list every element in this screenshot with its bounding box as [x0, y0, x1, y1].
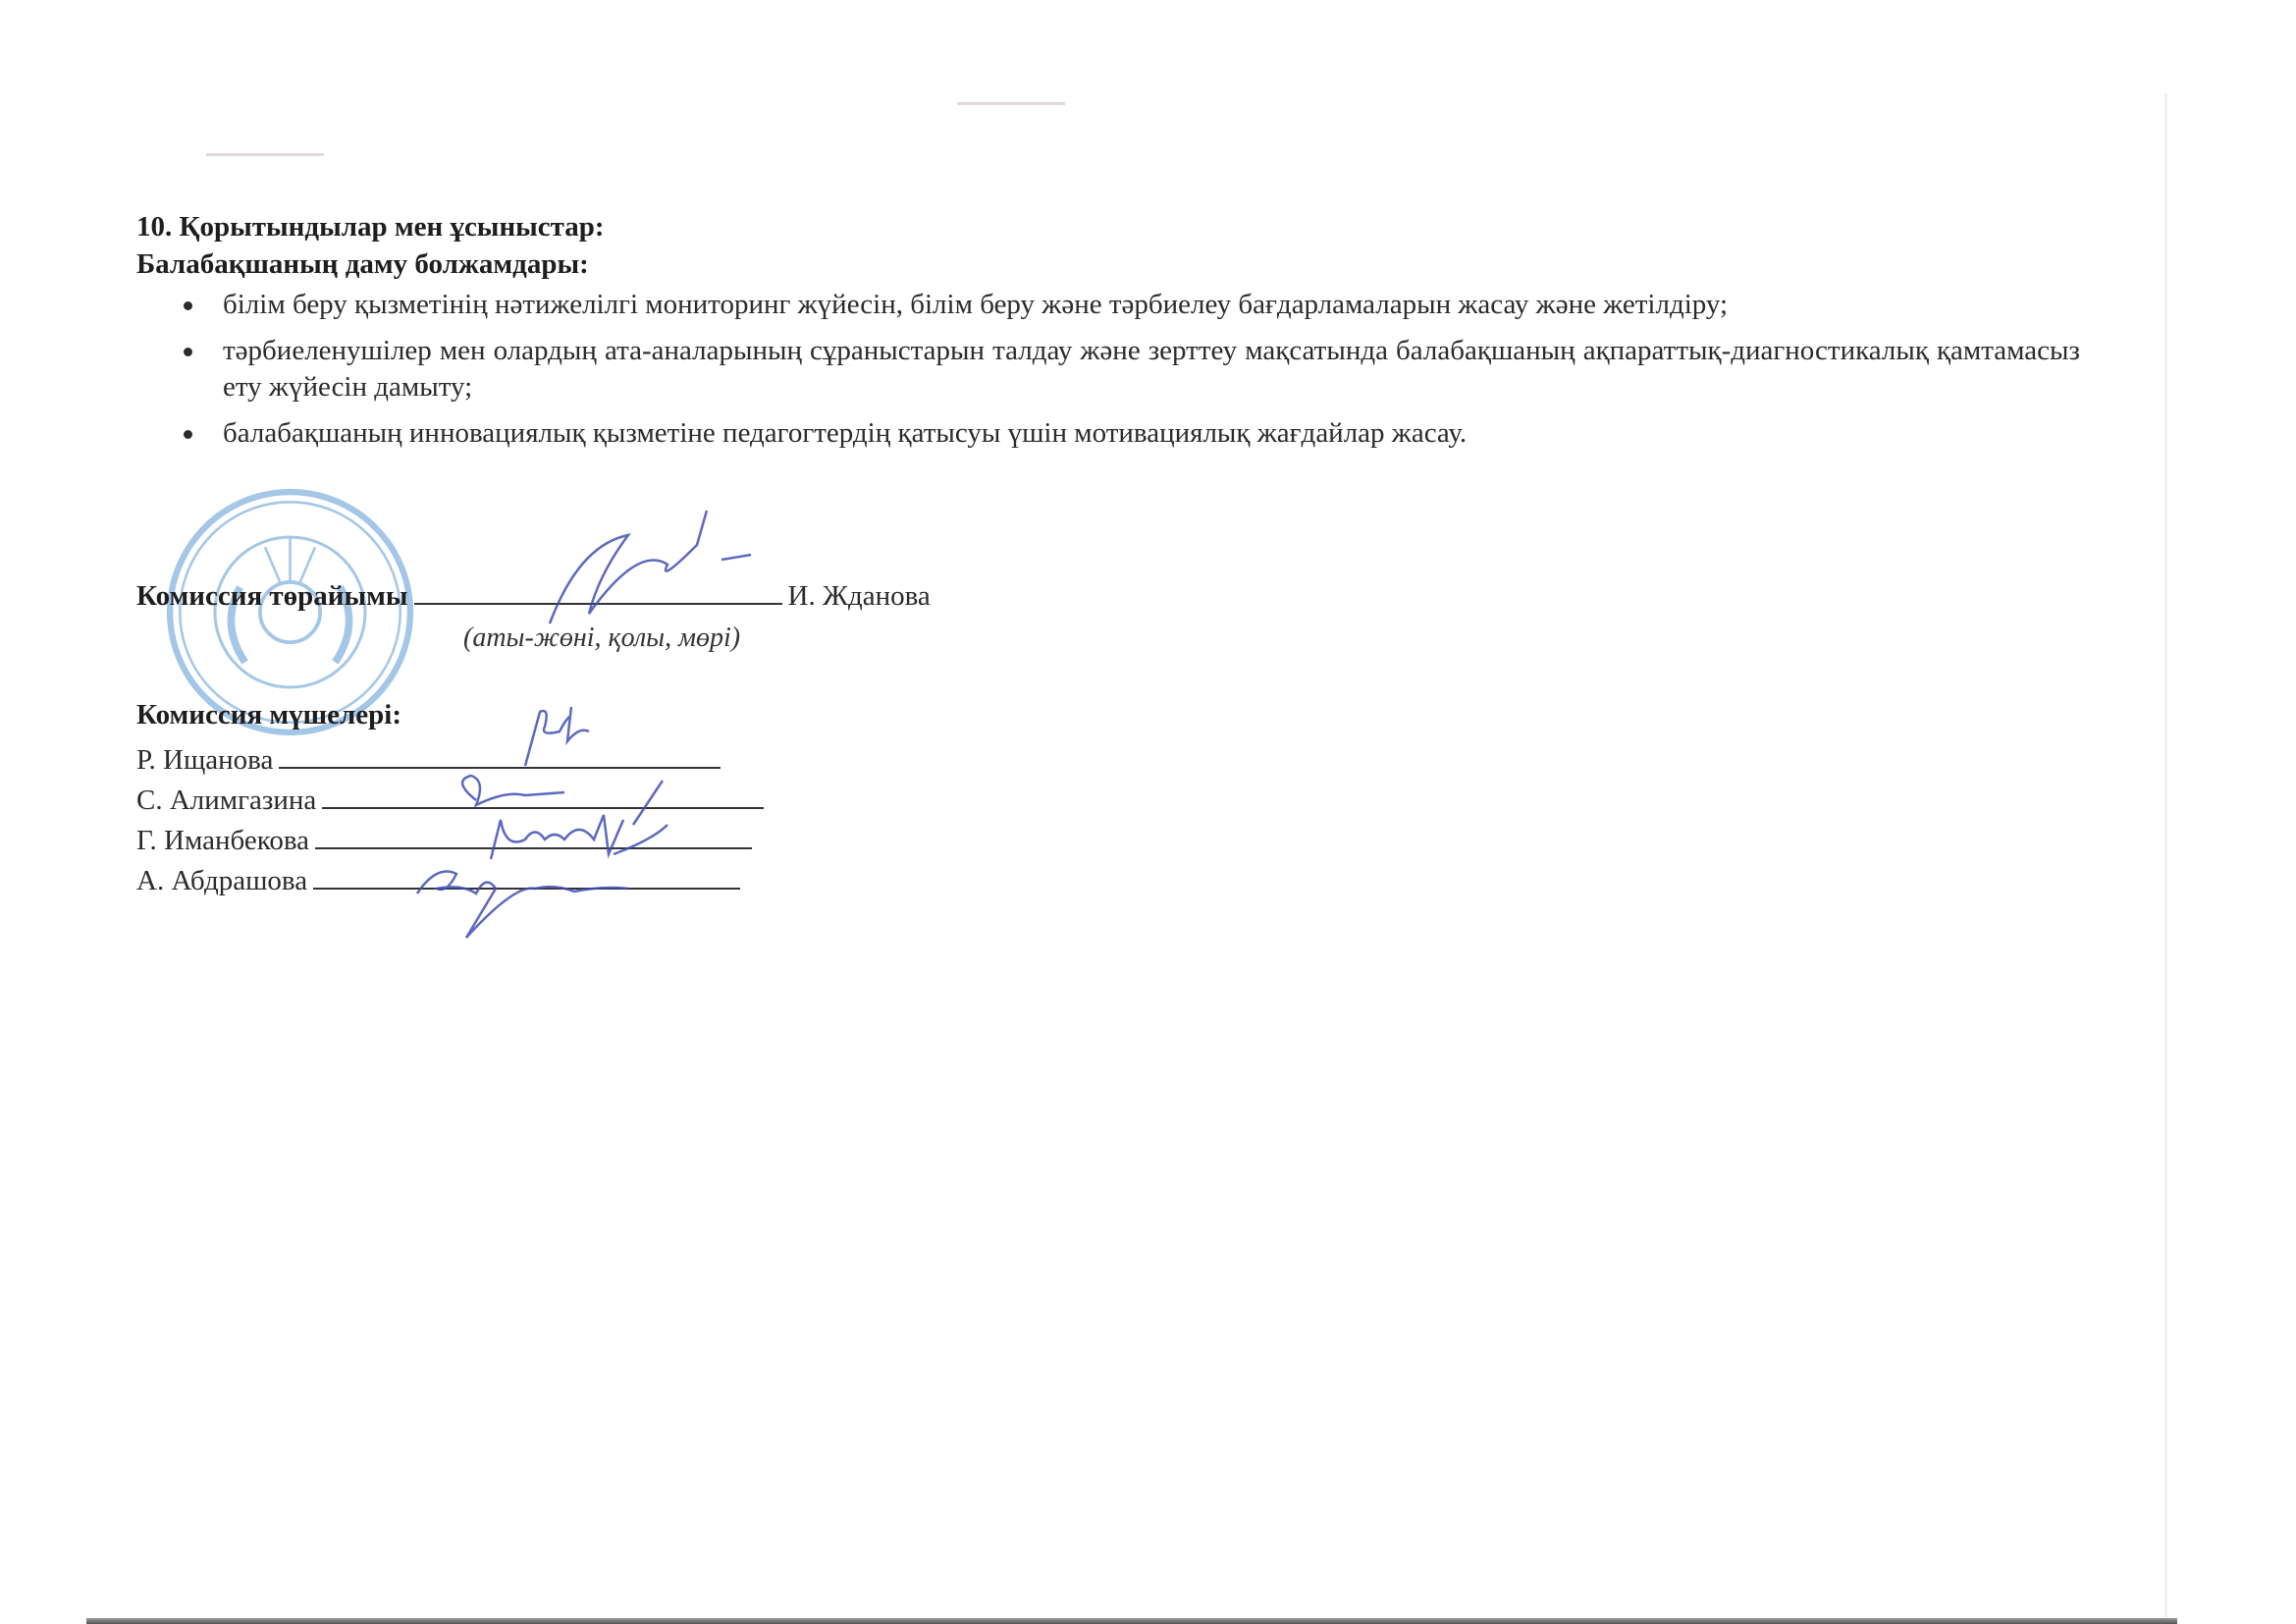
forecast-list: білім беру қызметінің нәтижелілгі монито… — [136, 287, 2080, 452]
members-title: Комиссия мүшелері: — [136, 699, 401, 731]
section-heading: 10. Қорытындылар мен ұсыныстар: — [136, 208, 2080, 245]
member-name: Р. Ищанова — [136, 744, 273, 777]
member-name: А. Абдрашова — [136, 865, 307, 897]
member-signature-icon — [510, 702, 599, 771]
list-item: балабақшаның инновациялық қызметіне педа… — [223, 415, 2080, 452]
list-item: тәрбиеленушілер мен олардың ата-аналарын… — [223, 333, 2080, 406]
chair-label: Комиссия төрайымы — [136, 580, 408, 613]
scan-artifact — [957, 102, 1065, 105]
section-subheading: Балабақшаның даму болжамдары: — [136, 245, 2080, 283]
scan-bottom-edge — [86, 1618, 2177, 1624]
scan-artifact — [206, 153, 324, 156]
chair-signature-icon — [510, 506, 795, 643]
chair-name: И. Жданова — [788, 580, 931, 613]
member-name: Г. Иманбекова — [136, 825, 309, 857]
member-signature-icon — [407, 854, 633, 943]
list-item: білім беру қызметінің нәтижелілгі монито… — [223, 287, 2080, 323]
conclusions-section: 10. Қорытындылар мен ұсыныстар: Балабақш… — [136, 208, 2080, 461]
signature-line — [279, 741, 721, 769]
page-edge — [2164, 93, 2167, 1624]
member-name: С. Алимгазина — [136, 785, 316, 817]
